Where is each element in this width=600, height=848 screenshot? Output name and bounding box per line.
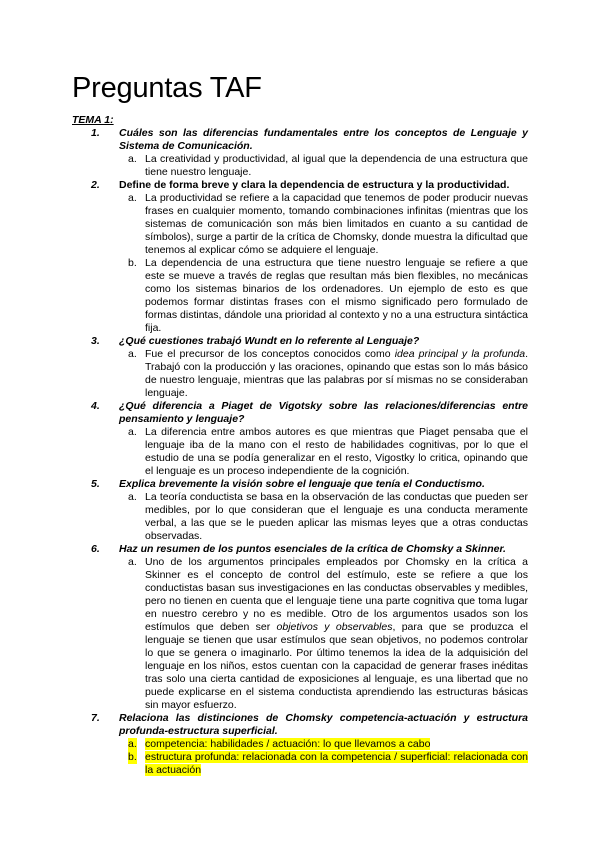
question-text: Cuáles son las diferencias fundamentales… [119, 127, 528, 153]
answer-label: a. [128, 426, 137, 439]
answer-text: La dependencia de una estructura que tie… [145, 257, 528, 335]
answer-item: a. La diferencia entre ambos autores es … [119, 426, 528, 478]
answer-list: a. Uno de los argumentos principales emp… [119, 556, 528, 712]
answer-label: a. [128, 556, 137, 569]
question-text: ¿Qué cuestiones trabajó Wundt en lo refe… [119, 335, 528, 348]
question-item: 7. Relaciona las distinciones de Chomsky… [72, 712, 528, 777]
question-item: 6. Haz un resumen de los puntos esencial… [72, 543, 528, 712]
question-number: 4. [91, 400, 100, 413]
answer-text-italic: idea principal y la profunda [395, 348, 525, 360]
answer-list: a. Fue el precursor de los conceptos con… [119, 348, 528, 400]
question-number: 3. [91, 335, 100, 348]
answer-text: Uno de los argumentos principales emplea… [145, 556, 528, 712]
question-number: 1. [91, 127, 100, 140]
answer-text-part: , para que se produzca el lenguaje se ti… [145, 621, 528, 711]
answer-item: a. La productividad se refiere a la capa… [119, 192, 528, 257]
question-number: 2. [91, 179, 100, 192]
question-number: 5. [91, 478, 100, 491]
highlighted-text: estructura profunda: relacionada con la … [145, 751, 528, 776]
answer-text: Fue el precursor de los conceptos conoci… [145, 348, 528, 400]
answer-item: a. Uno de los argumentos principales emp… [119, 556, 528, 712]
answer-text: La productividad se refiere a la capacid… [145, 192, 528, 257]
answer-item: b. La dependencia de una estructura que … [119, 257, 528, 335]
question-item: 1. Cuáles son las diferencias fundamenta… [72, 127, 528, 179]
answer-list: a. competencia: habilidades / actuación:… [119, 738, 528, 777]
answer-text: La creatividad y productividad, al igual… [145, 153, 528, 179]
question-item: 4. ¿Qué diferencia a Piaget de Vigotsky … [72, 400, 528, 478]
answer-item-highlighted: a. competencia: habilidades / actuación:… [119, 738, 528, 751]
answer-text: estructura profunda: relacionada con la … [145, 751, 528, 777]
question-item: 5. Explica brevemente la visión sobre el… [72, 478, 528, 543]
answer-text: La teoría conductista se basa en la obse… [145, 491, 528, 543]
answer-label: a. [128, 738, 137, 751]
highlighted-text: competencia: habilidades / actuación: lo… [145, 738, 430, 750]
answer-text: La diferencia entre ambos autores es que… [145, 426, 528, 478]
question-number: 7. [91, 712, 100, 725]
answer-item: a. Fue el precursor de los conceptos con… [119, 348, 528, 400]
answer-label: b. [128, 751, 137, 764]
document-page: Preguntas TAF TEMA 1: 1. Cuáles son las … [72, 70, 528, 777]
question-text: ¿Qué diferencia a Piaget de Vigotsky sob… [119, 400, 528, 426]
question-item: 3. ¿Qué cuestiones trabajó Wundt en lo r… [72, 335, 528, 400]
question-text: Haz un resumen de los puntos esenciales … [119, 543, 528, 556]
question-text: Relaciona las distinciones de Chomsky co… [119, 712, 528, 738]
document-title: Preguntas TAF [72, 70, 528, 106]
question-list: 1. Cuáles son las diferencias fundamenta… [72, 127, 528, 777]
answer-label: b. [128, 257, 137, 270]
answer-text-part: Fue el precursor de los conceptos conoci… [145, 348, 395, 360]
answer-text-italic: objetivos y observables [277, 621, 393, 633]
question-number: 6. [91, 543, 100, 556]
answer-label: a. [128, 491, 137, 504]
answer-label: a. [128, 192, 137, 205]
answer-text: competencia: habilidades / actuación: lo… [145, 738, 528, 751]
answer-list: a. La diferencia entre ambos autores es … [119, 426, 528, 478]
answer-label: a. [128, 348, 137, 361]
answer-list: a. La productividad se refiere a la capa… [119, 192, 528, 335]
answer-item-highlighted: b. estructura profunda: relacionada con … [119, 751, 528, 777]
answer-list: a. La creatividad y productividad, al ig… [119, 153, 528, 179]
answer-list: a. La teoría conductista se basa en la o… [119, 491, 528, 543]
section-heading: TEMA 1: [72, 114, 528, 127]
answer-item: a. La creatividad y productividad, al ig… [119, 153, 528, 179]
question-text: Explica brevemente la visión sobre el le… [119, 478, 528, 491]
question-item: 2. Define de forma breve y clara la depe… [72, 179, 528, 335]
answer-label: a. [128, 153, 137, 166]
answer-item: a. La teoría conductista se basa en la o… [119, 491, 528, 543]
question-text: Define de forma breve y clara la depende… [119, 179, 528, 192]
